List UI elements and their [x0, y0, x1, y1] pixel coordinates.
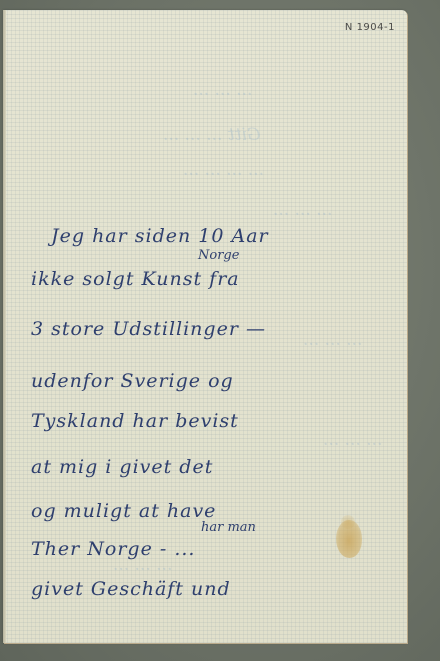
manuscript-line: Jeg har siden 10 Aar: [51, 225, 269, 247]
manuscript-line: at mig i givet det: [31, 456, 213, 478]
interlinear-insertion: Norge: [198, 248, 239, 263]
bleed-through-line: ... ... ...: [303, 330, 362, 350]
bleed-through-line: ... ... ...: [193, 80, 252, 100]
bleed-through-line: ... ... ...: [323, 430, 382, 450]
manuscript-line: og muligt at have: [31, 500, 216, 522]
page-binding-edge: [3, 10, 6, 643]
bleed-through-line: Gitt ... ... ...: [163, 125, 261, 145]
manuscript-line: givet Geschäft und: [31, 578, 231, 600]
bleed-through-line: ... ... ... ...: [183, 160, 264, 180]
bleed-through-line: ... ... ...: [273, 200, 332, 220]
foxing-stain: [336, 520, 362, 558]
manuscript-line: Tyskland har bevist: [31, 410, 239, 432]
manuscript-line: 3 store Udstillinger —: [31, 318, 266, 340]
manuscript-line: ikke solgt Kunst fra: [31, 268, 240, 290]
manuscript-line: Ther Norge - ...: [31, 538, 195, 560]
manuscript-page: N 1904-1 ... ... ... Gitt ... ... ... ..…: [3, 10, 407, 643]
catalog-mark: N 1904-1: [345, 22, 395, 33]
interlinear-insertion: har man: [201, 520, 256, 535]
manuscript-line: udenfor Sverige og: [31, 370, 234, 392]
